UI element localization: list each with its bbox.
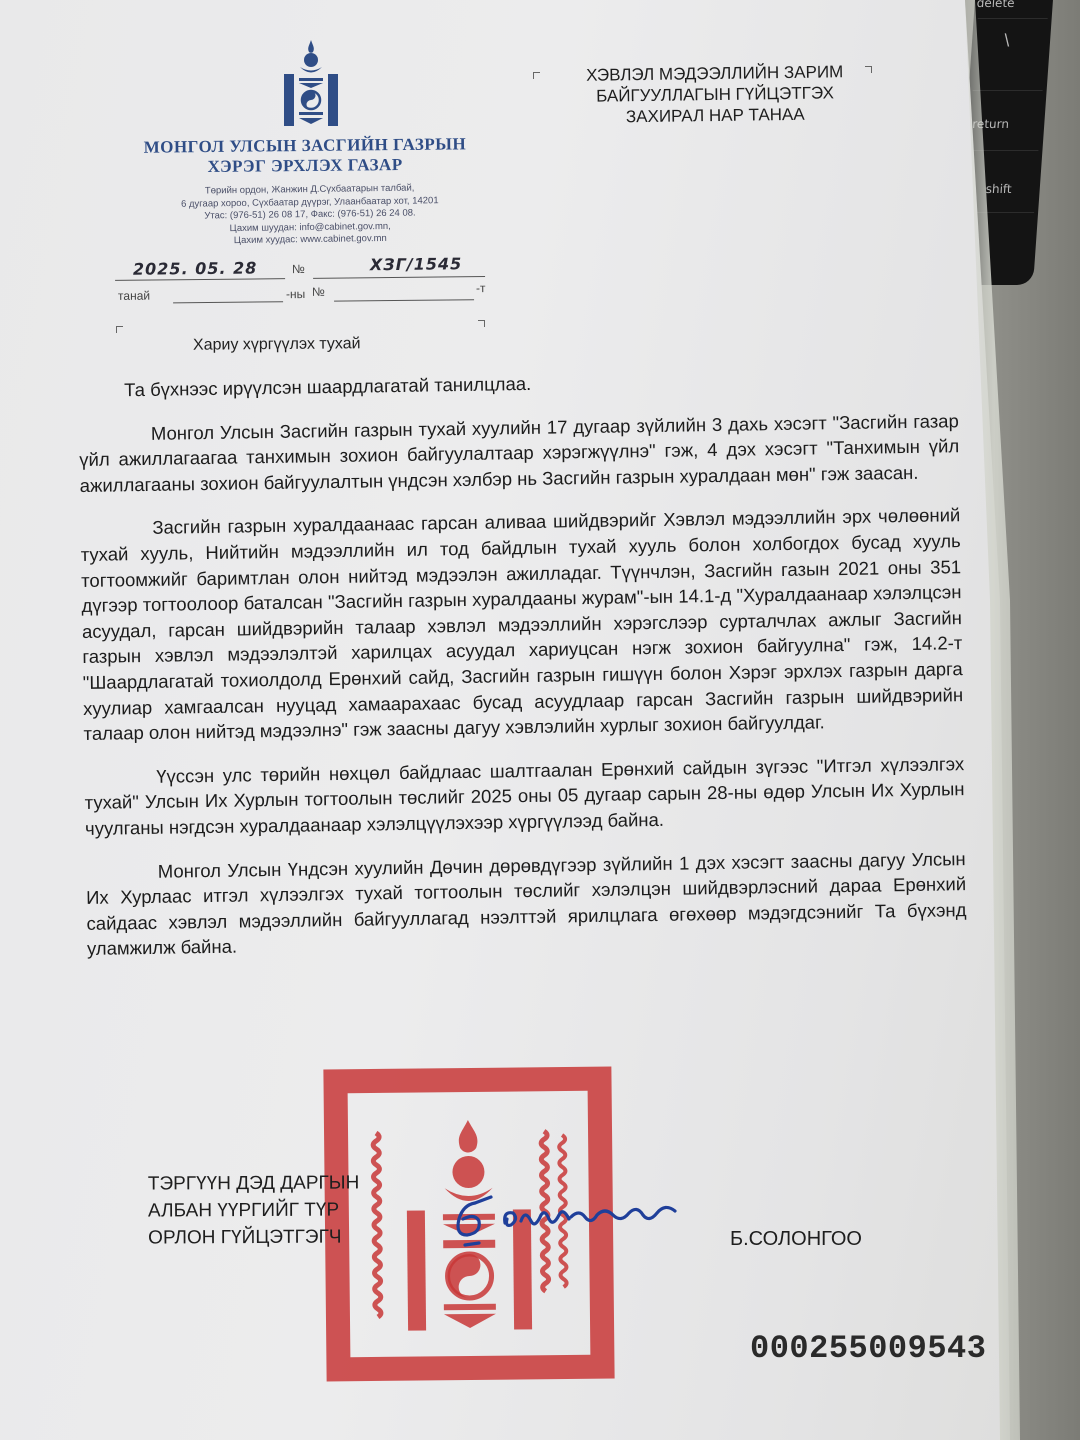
- yours-date-underline: [173, 301, 283, 303]
- yours-number-underline: [334, 299, 474, 301]
- document-serial-number: 000255009543: [750, 1330, 986, 1367]
- key-delete: delete: [976, 0, 1015, 10]
- body-paragraph: Засгийн газрын хуралдаанаас гарсан алива…: [80, 503, 964, 747]
- soyombo-emblem-icon: [282, 38, 340, 130]
- handwritten-signature: [445, 1185, 695, 1255]
- signatory-title-line: ОРЛОН ГҮЙЦЭТГЭГЧ: [148, 1223, 360, 1251]
- corner-mark: [533, 72, 540, 79]
- body-paragraph: Үүссэн улс төрийн нөхцөл байдлаас шалтга…: [84, 751, 965, 842]
- letter-date: 2025. 05. 28: [133, 258, 258, 278]
- letter-body: Та бүхнээс ирүүлсэн шаардлагатай танилцл…: [78, 364, 967, 980]
- key-backslash: \: [1004, 30, 1011, 49]
- organization-name: МОНГОЛ УЛСЫН ЗАСГИЙН ГАЗРЫН ХЭРЭГ ЭРХЛЭХ…: [100, 134, 510, 178]
- corner-mark: [478, 320, 485, 327]
- reference-yours: танай -ны № -т: [118, 281, 488, 307]
- yours-label: танай: [118, 289, 150, 303]
- yours-suffix: -ны: [286, 287, 305, 301]
- key-shift: shift: [985, 182, 1012, 196]
- number-underline: [313, 276, 485, 279]
- letter-subject: Хариу хүргүүлэх тухай: [193, 335, 361, 354]
- key-divider: [973, 90, 1043, 91]
- signatory-title-line: АЛБАН ҮҮРГИЙГ ТҮР: [148, 1196, 360, 1224]
- recipient-address: ХЭВЛЭЛ МЭДЭЭЛЛИЙН ЗАРИМ БАЙГУУЛЛАГЫН ГҮЙ…: [545, 61, 886, 129]
- signatory-title-line: ТЭРГҮҮН ДЭД ДАРГЫН: [148, 1169, 360, 1197]
- reference-date-number: 2025. 05. 28 № ХЗГ/1545: [115, 256, 485, 284]
- body-paragraph: Монгол Улсын Засгийн газрын тухай хуулий…: [79, 408, 960, 499]
- yours-number-label: №: [312, 285, 325, 299]
- signer-name: Б.СОЛОНГОО: [730, 1228, 862, 1251]
- body-paragraph: Монгол Улсын Үндсэн хуулийн Дөчин дөрөвд…: [86, 846, 967, 962]
- organization-address: Төрийн ордон, Жанжин Д.Сүхбаатарын талба…: [110, 181, 511, 249]
- corner-mark: [116, 326, 123, 333]
- key-divider: [978, 18, 1048, 19]
- signatory-title: ТЭРГҮҮН ДЭД ДАРГЫН АЛБАН ҮҮРГИЙГ ТҮР ОРЛ…: [148, 1169, 360, 1251]
- yours-number-suffix: -т: [476, 281, 486, 295]
- letter-number: ХЗГ/1545: [370, 254, 462, 274]
- number-label: №: [292, 262, 305, 276]
